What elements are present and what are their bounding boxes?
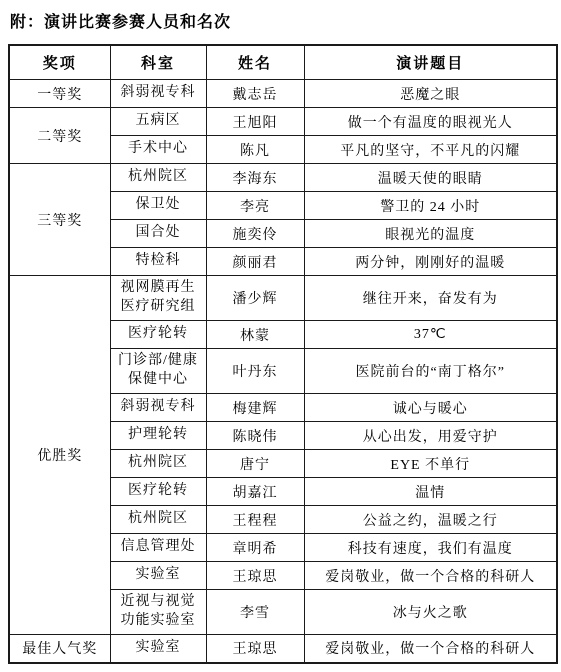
topic-cell: 爱岗敬业，做一个合格的科研人 <box>304 635 557 663</box>
name-cell: 李雪 <box>206 590 304 635</box>
name-cell: 王程程 <box>206 506 304 534</box>
topic-cell: 警卫的 24 小时 <box>304 192 557 220</box>
topic-cell: 继往开来，奋发有为 <box>304 276 557 321</box>
name-cell: 李亮 <box>206 192 304 220</box>
topic-cell: 平凡的坚守，不平凡的闪耀 <box>304 136 557 164</box>
dept-cell: 信息管理处 <box>110 534 206 562</box>
dept-cell: 手术中心 <box>110 136 206 164</box>
dept-cell: 斜弱视专科 <box>110 394 206 422</box>
name-cell: 潘少辉 <box>206 276 304 321</box>
dept-cell: 医疗轮转 <box>110 478 206 506</box>
dept-cell: 实验室 <box>110 635 206 663</box>
table-body: 一等奖斜弱视专科戴志岳恶魔之眼二等奖五病区王旭阳做一个有温度的眼视光人手术中心陈… <box>9 80 557 663</box>
topic-cell: 科技有速度，我们有温度 <box>304 534 557 562</box>
dept-cell: 护理轮转 <box>110 422 206 450</box>
topic-cell: 诚心与暖心 <box>304 394 557 422</box>
dept-cell: 实验室 <box>110 562 206 590</box>
topic-cell: 两分钟，刚刚好的温暖 <box>304 248 557 276</box>
awards-table: 奖项 科室 姓名 演讲题目 一等奖斜弱视专科戴志岳恶魔之眼二等奖五病区王旭阳做一… <box>8 44 558 664</box>
name-cell: 唐宁 <box>206 450 304 478</box>
column-header-award: 奖项 <box>9 45 110 80</box>
topic-cell: 爱岗敬业，做一个合格的科研人 <box>304 562 557 590</box>
dept-cell: 特检科 <box>110 248 206 276</box>
name-cell: 戴志岳 <box>206 80 304 108</box>
name-cell: 胡嘉江 <box>206 478 304 506</box>
table-row: 三等奖杭州院区李海东温暖天使的眼睛 <box>9 164 557 192</box>
topic-cell: 恶魔之眼 <box>304 80 557 108</box>
topic-cell: 做一个有温度的眼视光人 <box>304 108 557 136</box>
award-cell: 一等奖 <box>9 80 110 108</box>
table-row: 二等奖五病区王旭阳做一个有温度的眼视光人 <box>9 108 557 136</box>
name-cell: 林蒙 <box>206 321 304 349</box>
table-row: 优胜奖视网膜再生 医疗研究组潘少辉继往开来，奋发有为 <box>9 276 557 321</box>
column-header-topic: 演讲题目 <box>304 45 557 80</box>
name-cell: 施奕伶 <box>206 220 304 248</box>
dept-cell: 杭州院区 <box>110 450 206 478</box>
topic-cell: 37℃ <box>304 321 557 349</box>
name-cell: 颜丽君 <box>206 248 304 276</box>
column-header-dept: 科室 <box>110 45 206 80</box>
dept-cell: 杭州院区 <box>110 506 206 534</box>
topic-cell: 医院前台的“南丁格尔” <box>304 349 557 394</box>
dept-cell: 门诊部/健康 保健中心 <box>110 349 206 394</box>
dept-cell: 杭州院区 <box>110 164 206 192</box>
topic-cell: 温暖天使的眼睛 <box>304 164 557 192</box>
name-cell: 王旭阳 <box>206 108 304 136</box>
name-cell: 梅建辉 <box>206 394 304 422</box>
award-cell: 最佳人气奖 <box>9 635 110 663</box>
table-header-row: 奖项 科室 姓名 演讲题目 <box>9 45 557 80</box>
dept-cell: 保卫处 <box>110 192 206 220</box>
dept-cell: 国合处 <box>110 220 206 248</box>
page-title: 附：演讲比赛参赛人员和名次 <box>10 9 231 32</box>
table-row: 一等奖斜弱视专科戴志岳恶魔之眼 <box>9 80 557 108</box>
name-cell: 陈晓伟 <box>206 422 304 450</box>
name-cell: 陈凡 <box>206 136 304 164</box>
topic-cell: 公益之约，温暖之行 <box>304 506 557 534</box>
topic-cell: 温情 <box>304 478 557 506</box>
name-cell: 李海东 <box>206 164 304 192</box>
name-cell: 章明希 <box>206 534 304 562</box>
name-cell: 叶丹东 <box>206 349 304 394</box>
topic-cell: 冰与火之歌 <box>304 590 557 635</box>
dept-cell: 五病区 <box>110 108 206 136</box>
dept-cell: 医疗轮转 <box>110 321 206 349</box>
column-header-name: 姓名 <box>206 45 304 80</box>
dept-cell: 斜弱视专科 <box>110 80 206 108</box>
dept-cell: 视网膜再生 医疗研究组 <box>110 276 206 321</box>
document-page: 附：演讲比赛参赛人员和名次 奖项 科室 姓名 演讲题目 一等奖斜弱视专科戴志岳恶… <box>0 0 561 672</box>
dept-cell: 近视与视觉 功能实验室 <box>110 590 206 635</box>
name-cell: 王琼思 <box>206 562 304 590</box>
award-cell: 优胜奖 <box>9 276 110 635</box>
topic-cell: EYE 不单行 <box>304 450 557 478</box>
table-row: 最佳人气奖实验室王琼思爱岗敬业，做一个合格的科研人 <box>9 635 557 663</box>
topic-cell: 眼视光的温度 <box>304 220 557 248</box>
topic-cell: 从心出发，用爱守护 <box>304 422 557 450</box>
award-cell: 二等奖 <box>9 108 110 164</box>
name-cell: 王琼思 <box>206 635 304 663</box>
award-cell: 三等奖 <box>9 164 110 276</box>
